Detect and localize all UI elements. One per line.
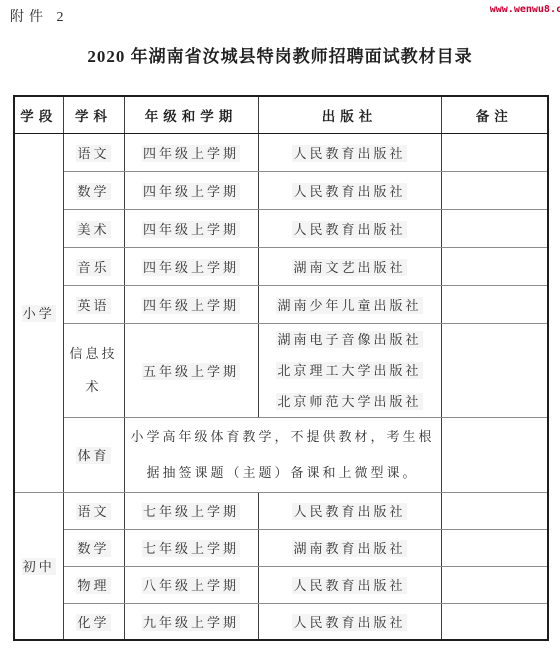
grade-cell: 四年级上学期: [124, 133, 258, 171]
note-cell: [441, 492, 548, 529]
publisher-cell: 人民教育出版社: [258, 492, 441, 529]
table-row: 物理 八年级上学期 人民教育出版社: [14, 566, 548, 603]
note-cell: [441, 529, 548, 566]
stage-cell-primary: 小学: [14, 133, 63, 492]
table-row: 体育 小学高年级体育教学，不提供教材，考生根据抽签课题（主题）备课和上微型课。: [14, 417, 548, 492]
table-row: 数学 四年级上学期 人民教育出版社: [14, 171, 548, 209]
subject-cell: 数学: [63, 529, 124, 566]
publisher-cell: 人民教育出版社: [258, 209, 441, 247]
table-row: 数学 七年级上学期 湖南教育出版社: [14, 529, 548, 566]
note-cell: [441, 417, 548, 492]
document-page: 附件 2 www.wenwu8.c 2020 年湖南省汝城县特岗教师招聘面试教材…: [0, 0, 560, 652]
col-header-subject: 学科: [63, 96, 124, 133]
textbook-table: 学段 学科 年级和学期 出版社 备注 小学 语文 四年级上学期 人民教育出版社 …: [13, 95, 549, 641]
subject-cell: 数学: [63, 171, 124, 209]
table-row: 音乐 四年级上学期 湖南文艺出版社: [14, 247, 548, 285]
publisher-line: 北京理工大学出版社: [259, 355, 441, 386]
note-cell: [441, 323, 548, 417]
col-header-note: 备注: [441, 96, 548, 133]
table-row: 初中 语文 七年级上学期 人民教育出版社: [14, 492, 548, 529]
subject-cell: 语文: [63, 492, 124, 529]
page-title: 2020 年湖南省汝城县特岗教师招聘面试教材目录: [0, 42, 560, 67]
stage-cell-middle: 初中: [14, 492, 63, 640]
grade-cell: 七年级上学期: [124, 529, 258, 566]
grade-cell: 七年级上学期: [124, 492, 258, 529]
publisher-cell: 人民教育出版社: [258, 603, 441, 640]
note-cell: [441, 133, 548, 171]
col-header-publisher: 出版社: [258, 96, 441, 133]
grade-cell: 四年级上学期: [124, 171, 258, 209]
note-cell: [441, 171, 548, 209]
subject-cell: 化学: [63, 603, 124, 640]
grade-cell: 九年级上学期: [124, 603, 258, 640]
table-row: 小学 语文 四年级上学期 人民教育出版社: [14, 133, 548, 171]
subject-cell: 物理: [63, 566, 124, 603]
col-header-grade: 年级和学期: [124, 96, 258, 133]
subject-cell: 体育: [63, 417, 124, 492]
table-row: 化学 九年级上学期 人民教育出版社: [14, 603, 548, 640]
pe-merged-note-cell: 小学高年级体育教学，不提供教材，考生根据抽签课题（主题）备课和上微型课。: [124, 417, 441, 492]
watermark-text: www.wenwu8.c: [490, 4, 560, 15]
subject-cell: 信息技术: [63, 323, 124, 417]
grade-cell: 四年级上学期: [124, 285, 258, 323]
subject-cell: 美术: [63, 209, 124, 247]
publisher-cell: 人民教育出版社: [258, 566, 441, 603]
grade-cell: 四年级上学期: [124, 209, 258, 247]
publisher-cell: 湖南教育出版社: [258, 529, 441, 566]
publisher-line: 湖南电子音像出版社: [259, 324, 441, 355]
subject-cell: 英语: [63, 285, 124, 323]
publisher-cell: 人民教育出版社: [258, 171, 441, 209]
table-row: 信息技术 五年级上学期 湖南电子音像出版社 北京理工大学出版社 北京师范大学出版…: [14, 323, 548, 417]
table-header-row: 学段 学科 年级和学期 出版社 备注: [14, 96, 548, 133]
publisher-cell-multi: 湖南电子音像出版社 北京理工大学出版社 北京师范大学出版社: [258, 323, 441, 417]
grade-cell: 八年级上学期: [124, 566, 258, 603]
note-cell: [441, 603, 548, 640]
grade-cell: 四年级上学期: [124, 247, 258, 285]
subject-cell: 音乐: [63, 247, 124, 285]
note-cell: [441, 285, 548, 323]
publisher-cell: 湖南文艺出版社: [258, 247, 441, 285]
note-cell: [441, 209, 548, 247]
note-cell: [441, 566, 548, 603]
publisher-cell: 人民教育出版社: [258, 133, 441, 171]
note-cell: [441, 247, 548, 285]
publisher-line: 北京师范大学出版社: [259, 386, 441, 417]
grade-cell: 五年级上学期: [124, 323, 258, 417]
attachment-label: 附件 2: [10, 6, 69, 26]
col-header-stage: 学段: [14, 96, 63, 133]
table-row: 英语 四年级上学期 湖南少年儿童出版社: [14, 285, 548, 323]
table-row: 美术 四年级上学期 人民教育出版社: [14, 209, 548, 247]
publisher-cell: 湖南少年儿童出版社: [258, 285, 441, 323]
subject-cell: 语文: [63, 133, 124, 171]
